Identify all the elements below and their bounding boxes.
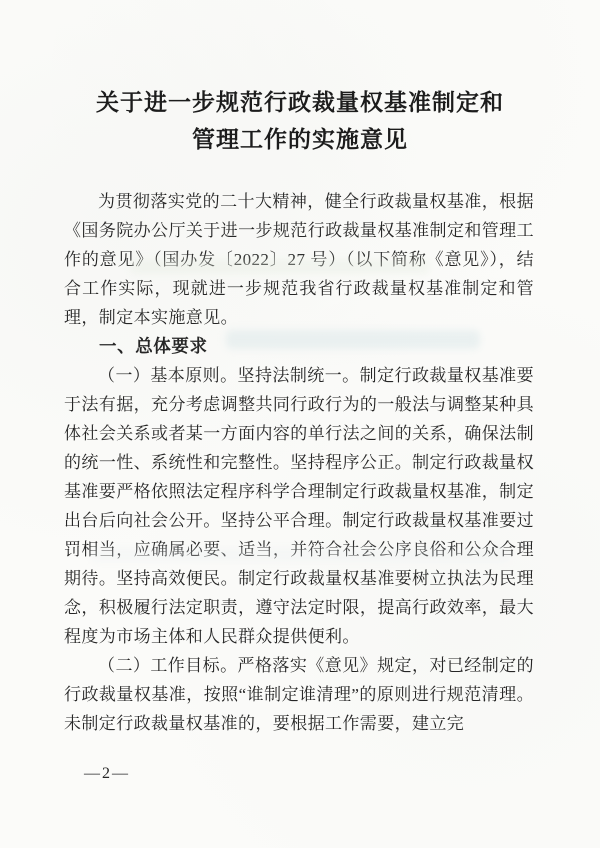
paragraph: （二）工作目标。严格落实《意见》规定，对已经制定的行政裁量权基准，按照“谁制定谁… [64,651,534,738]
section-heading: 一、总体要求 [64,332,534,361]
document-page: 关于进一步规范行政裁量权基准制定和 管理工作的实施意见 为贯彻落实党的二十大精神… [0,0,600,848]
document-title-line1: 关于进一步规范行政裁量权基准制定和 [50,84,550,121]
document-title-line2: 管理工作的实施意见 [50,121,550,158]
page-number: —2— [84,765,130,783]
paragraph: （一）基本原则。坚持法制统一。制定行政裁量权基准要于法有据，充分考虑调整共同行政… [64,361,534,651]
document-title: 关于进一步规范行政裁量权基准制定和 管理工作的实施意见 [50,84,550,158]
paragraph: 为贯彻落实党的二十大精神，健全行政裁量权基准，根据《国务院办公厅关于进一步规范行… [64,187,534,332]
document-body: 为贯彻落实党的二十大精神，健全行政裁量权基准，根据《国务院办公厅关于进一步规范行… [64,187,534,738]
